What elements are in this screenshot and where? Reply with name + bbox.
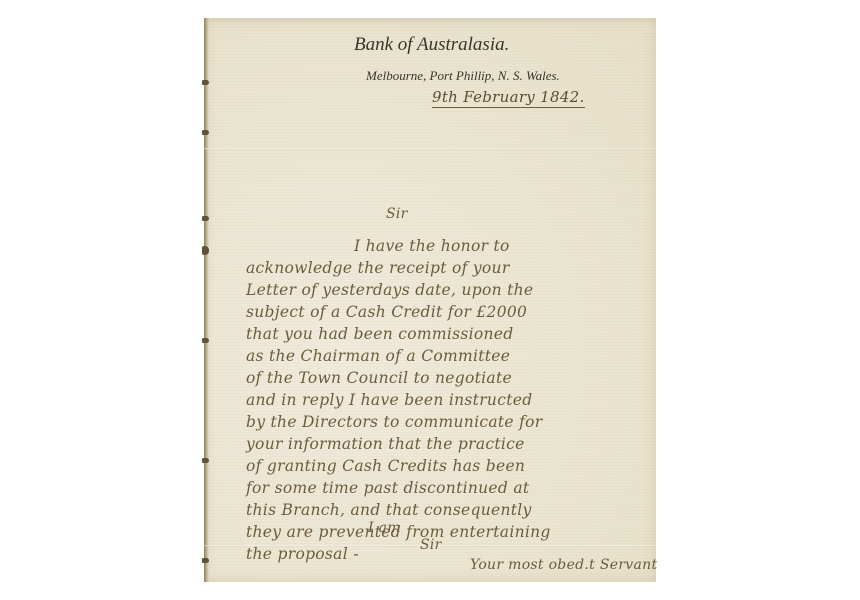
binding-hole (202, 80, 209, 85)
closing-i-am: I am (368, 520, 401, 536)
body-line: the proposal - (246, 545, 359, 563)
letter-page: Bank of Australasia. Melbourne, Port Phi… (204, 18, 656, 582)
torn-binding-edge (204, 18, 209, 582)
closing-sir: Sir (420, 537, 442, 553)
body-line: by the Directors to communicate for (246, 413, 542, 431)
binding-hole (202, 246, 209, 255)
letter-date: 9th February 1842. (432, 88, 585, 108)
binding-hole (202, 216, 209, 221)
body-line: of granting Cash Credits has been (246, 457, 525, 475)
body-line: this Branch, and that consequently (246, 501, 532, 519)
body-line: that you had been commissioned (246, 325, 514, 343)
closing-signoff: Your most obed.t Servant (470, 557, 657, 573)
body-line: acknowledge the receipt of your (246, 259, 510, 277)
binding-hole (202, 338, 209, 343)
body-line: your information that the practice (246, 435, 525, 453)
body-line: Letter of yesterdays date, upon the (246, 281, 533, 299)
body-line: for some time past discontinued at (246, 479, 529, 497)
body-line: and in reply I have been instructed (246, 391, 532, 409)
page-top-edge (204, 18, 656, 23)
letterhead-place: Melbourne, Port Phillip, N. S. Wales. (366, 68, 560, 84)
body-line: I have the honor to (354, 237, 510, 255)
binding-hole (202, 458, 209, 463)
body-line: of the Town Council to negotiate (246, 369, 512, 387)
body-line: as the Chairman of a Committee (246, 347, 510, 365)
letterhead-title: Bank of Australasia. (354, 34, 509, 56)
image-canvas: Bank of Australasia. Melbourne, Port Phi… (0, 0, 860, 600)
body-line: subject of a Cash Credit for £2000 (246, 303, 527, 321)
paper-fold-line (204, 148, 656, 150)
salutation: Sir (386, 206, 408, 222)
binding-hole (202, 130, 209, 135)
binding-hole (202, 558, 209, 563)
